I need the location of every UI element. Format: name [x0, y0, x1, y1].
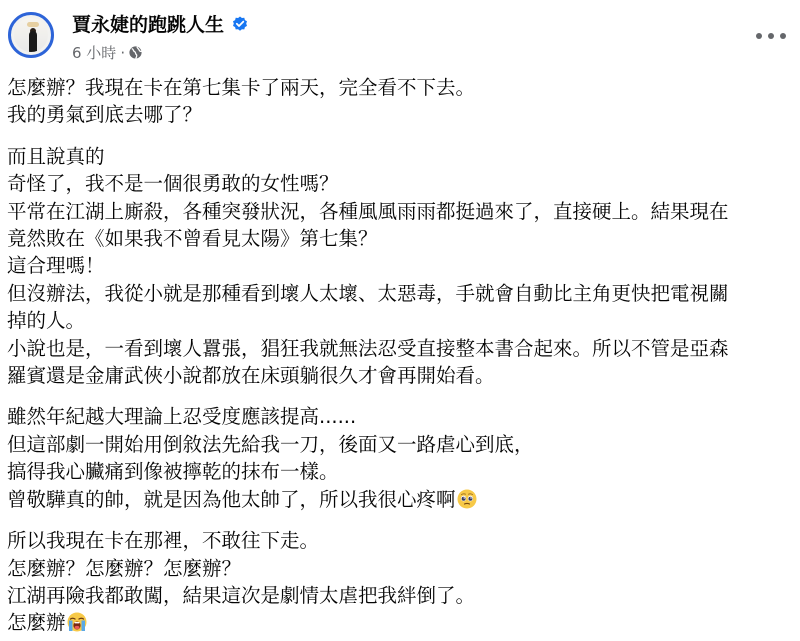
post-line-with-emoji: 怎麼辦 — [7, 609, 797, 636]
post-line: 搞得我心臟痛到像被擰乾的抹布一樣。 — [7, 458, 797, 485]
more-options-button[interactable] — [756, 28, 786, 44]
post-line-with-emoji: 曾敬驊真的帥，就是因為他太帥了，所以我很心疼啊 — [7, 486, 797, 513]
post-line: 平常在江湖上廝殺，各種突發狀況，各種風風雨雨都挺過來了，直接硬上。結果現在 — [7, 198, 797, 225]
post-meta: 6 小時 · — [72, 42, 142, 63]
post-line: 小說也是，一看到壞人囂張，猖狂我就無法忍受直接整本書合起來。所以不管是亞森 — [7, 335, 797, 362]
post-line: 我的勇氣到底去哪了？ — [7, 101, 797, 128]
post-line: 而且說真的 — [7, 143, 797, 170]
author-name[interactable]: 賈永婕的跑跳人生 — [72, 10, 224, 37]
post-header: 賈永婕的跑跳人生 6 小時 · — [0, 0, 800, 72]
post-line: 怎麼辦？怎麼辦？怎麼辦？ — [7, 555, 797, 582]
post-line: 但這部劇一開始用倒敘法先給我一刀，後面又一路虐心到底， — [7, 431, 797, 458]
more-options-icon-dot — [768, 33, 774, 39]
post-line: 掉的人。 — [7, 307, 797, 334]
post-line: 雖然年紀越大理論上忍受度應該提高...... — [7, 403, 797, 430]
post-body: 怎麼辦？我現在卡在第七集卡了兩天，完全看不下去。 我的勇氣到底去哪了？ 而且說真… — [7, 74, 797, 637]
post-line: 奇怪了，我不是一個很勇敢的女性嗎？ — [7, 170, 797, 197]
post-line: 竟然敗在《如果我不曾看見太陽》第七集？ — [7, 225, 797, 252]
avatar-logo — [27, 22, 39, 27]
post-line: 羅賓還是金庸武俠小說都放在床頭躺很久才會再開始看。 — [7, 362, 797, 389]
verified-badge-icon — [232, 16, 248, 32]
meta-separator: · — [120, 44, 125, 62]
post-line: 怎麼辦？我現在卡在第七集卡了兩天，完全看不下去。 — [7, 74, 797, 101]
post-line: 曾敬驊真的帥，就是因為他太帥了，所以我很心疼啊 — [7, 488, 456, 511]
post-line: 但沒辦法，我從小就是那種看到壞人太壞、太惡毒，手就會自動比主角更快把電視關 — [7, 280, 797, 307]
post-line: 江湖再險我都敢闖，結果這次是劇情太虐把我絆倒了。 — [7, 582, 797, 609]
more-options-icon-dot — [780, 33, 786, 39]
post-paragraph: 怎麼辦？我現在卡在第七集卡了兩天，完全看不下去。 我的勇氣到底去哪了？ — [7, 74, 797, 129]
post-line: 所以我現在卡在那裡，不敢往下走。 — [7, 527, 797, 554]
globe-icon[interactable] — [129, 46, 142, 59]
avatar-photo — [14, 18, 48, 52]
pleading-face-emoji-icon — [457, 489, 477, 509]
post-timestamp[interactable]: 6 小時 — [72, 42, 116, 63]
more-options-icon-dot — [756, 33, 762, 39]
post-line: 這合理嗎！ — [7, 252, 797, 279]
post-paragraph: 所以我現在卡在那裡，不敢往下走。 怎麼辦？怎麼辦？怎麼辦？ 江湖再險我都敢闖，結… — [7, 527, 797, 637]
author-name-row: 賈永婕的跑跳人生 — [72, 10, 248, 37]
post-paragraph: 而且說真的 奇怪了，我不是一個很勇敢的女性嗎？ 平常在江湖上廝殺，各種突發狀況，… — [7, 143, 797, 390]
post-line: 怎麼辦 — [7, 611, 66, 634]
post-paragraph: 雖然年紀越大理論上忍受度應該提高...... 但這部劇一開始用倒敘法先給我一刀，… — [7, 403, 797, 513]
avatar[interactable] — [8, 12, 54, 58]
avatar-figure — [29, 31, 37, 52]
loudly-crying-face-emoji-icon — [67, 612, 87, 632]
